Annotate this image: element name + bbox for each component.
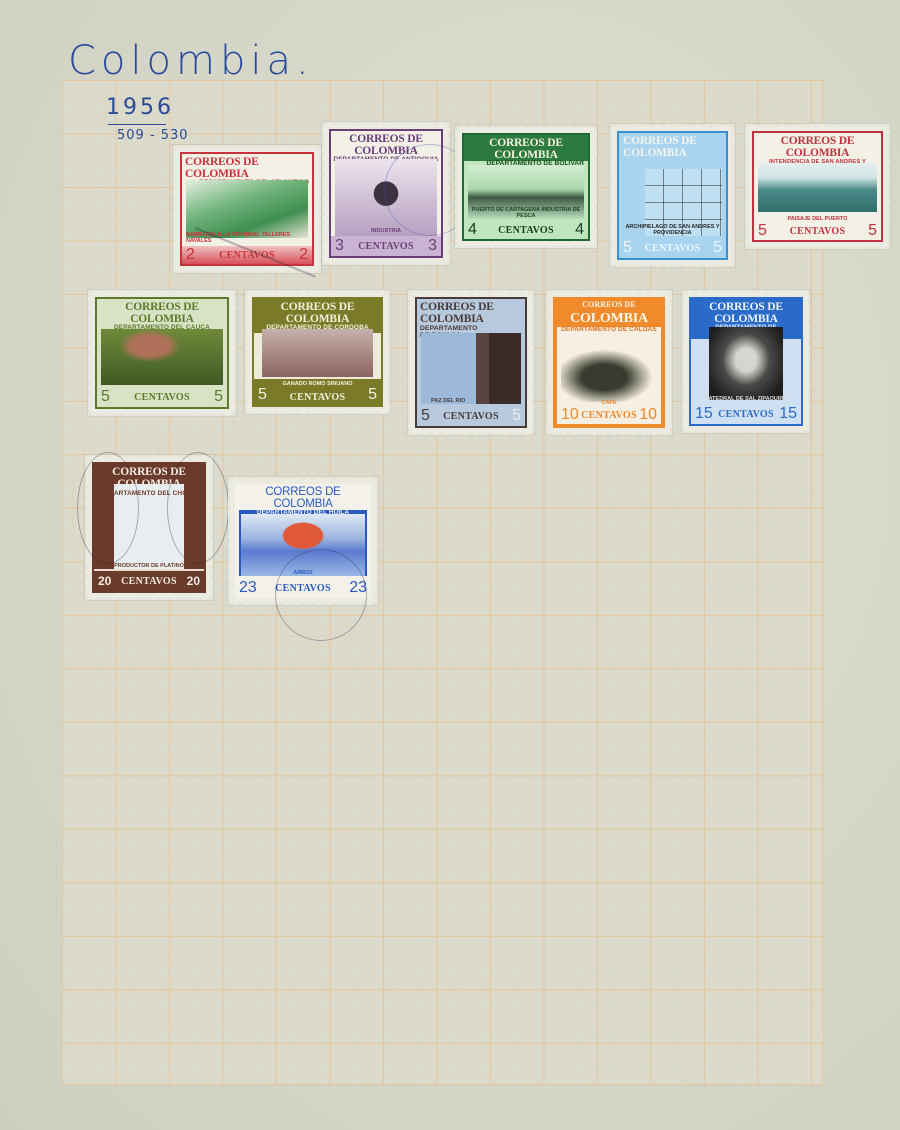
stamp-value: 3 — [335, 238, 344, 254]
stamp-caption: ARROZ — [235, 570, 371, 576]
stamp-bolivar[interactable]: CORREOS DE COLOMBIA DEPARTAMENTO DE BOLI… — [455, 126, 597, 248]
stamp-unit: CENTAVOS — [443, 411, 499, 422]
stamp-caption: GANADO ROMO SINUANO — [254, 381, 381, 387]
stamp-caption: ARCHIPIELAGO DE SAN ANDRES Y PROVIDENCIA — [619, 224, 726, 236]
stamp-cundinamarca[interactable]: CORREOS DE COLOMBIA DEPARTAMENTO DE CUND… — [682, 290, 810, 433]
stamp-title: COLOMBIA — [557, 310, 661, 327]
country-heading: Colombia. — [68, 38, 314, 84]
stamp-caption: BARRANQUILLA TERMINAL TALLERES NAVALES — [182, 232, 312, 244]
stamp-unit: CENTAVOS — [134, 392, 190, 403]
catalog-range: 509 - 530 — [117, 128, 189, 143]
stamp-value: 20 — [187, 575, 200, 587]
stamp-title: CORREOS DE COLOMBIA — [623, 133, 726, 159]
stamp-title: CORREOS DE COLOMBIA — [691, 299, 801, 325]
stamp-caption: PRODUCTOR DE PLATINO — [94, 563, 204, 569]
stamp-value: 15 — [779, 406, 797, 422]
stamp-value: 5 — [421, 408, 430, 424]
stamp-value: 5 — [758, 223, 767, 239]
stamp-atlantico[interactable]: CORREOS DE COLOMBIA DEPARTAMENTO DEL ATL… — [173, 145, 321, 273]
stamp-artwork — [421, 333, 521, 404]
stamp-value: 5 — [258, 387, 267, 403]
stamp-value: 5 — [868, 223, 877, 239]
stamp-artwork — [709, 327, 783, 400]
stamp-unit: CENTAVOS — [358, 241, 414, 252]
stamp-caption: INDUSTRIA — [331, 228, 441, 234]
stamp-title-prefix: CORREOS DE — [557, 301, 661, 310]
stamp-caldas[interactable]: CORREOS DE COLOMBIA DEPARTAMENTO DE CALD… — [546, 290, 672, 435]
stamp-unit: CENTAVOS — [718, 409, 774, 420]
stamp-boyaca[interactable]: CORREOS DE COLOMBIA DEPARTAMENTO DE BOYA… — [408, 290, 534, 435]
stamp-cordoba[interactable]: CORREOS DE COLOMBIA DEPARTAMENTO DE CORD… — [245, 290, 390, 414]
stamp-huila[interactable]: CORREOS DE COLOMBIA DEPARTAMENTO DEL HUI… — [228, 477, 378, 605]
stamp-unit: CENTAVOS — [275, 583, 331, 594]
stamp-value: 5 — [101, 389, 110, 405]
stamp-value: 10 — [639, 407, 657, 423]
stamp-artwork — [758, 163, 877, 212]
stamp-artwork — [262, 329, 373, 377]
stamp-value: 23 — [349, 580, 367, 596]
stamp-unit: CENTAVOS — [645, 243, 701, 254]
stamp-caption: PAZ DEL RIO — [417, 398, 525, 404]
stamp-artwork — [101, 329, 223, 385]
stamp-value: 20 — [98, 575, 111, 587]
stamp-value: 23 — [239, 580, 257, 596]
stamp-value: 15 — [695, 406, 713, 422]
stamp-value: 10 — [561, 407, 579, 423]
stamp-cauca[interactable]: CORREOS DE COLOMBIA DEPARTAMENTO DEL CAU… — [88, 290, 236, 416]
stamp-caption: CATEDRAL DE SAL ZIPAQUIRA — [691, 396, 801, 402]
stamp-value: 5 — [512, 408, 521, 424]
stamp-unit: CENTAVOS — [219, 250, 275, 261]
stamp-artwork — [335, 159, 437, 236]
stamp-value: 5 — [713, 240, 722, 256]
stamp-value: 2 — [186, 247, 195, 263]
stamp-title: CORREOS DE COLOMBIA — [235, 484, 371, 510]
stamp-unit: CENTAVOS — [290, 392, 346, 403]
stamp-value: 4 — [575, 222, 584, 238]
stamp-title: CORREOS DE COLOMBIA — [97, 299, 227, 325]
stamp-san-andres-map[interactable]: CORREOS DE COLOMBIA ARCHIPIELAGO DE SAN … — [610, 124, 735, 267]
stamp-antioquia[interactable]: CORREOS DE COLOMBIA DEPARTAMENTO DE ANTI… — [322, 122, 450, 265]
stamp-unit: CENTAVOS — [498, 225, 554, 236]
stamp-value: 3 — [428, 238, 437, 254]
stamp-value: 5 — [368, 387, 377, 403]
stamp-subtitle: DEPARTAMENTO DEL CHOCO — [94, 490, 204, 498]
stamp-unit: CENTAVOS — [790, 226, 846, 237]
stamp-title: CORREOS DE COLOMBIA — [185, 154, 312, 180]
stamp-choco[interactable]: CORREOS DE COLOMBIA DEPARTAMENTO DEL CHO… — [85, 455, 213, 600]
stamp-caption: PUERTO DE CARTAGENA INDUSTRIA DE PESCA — [464, 207, 588, 219]
stamp-value: 2 — [299, 247, 308, 263]
stamp-value: 4 — [468, 222, 477, 238]
stamp-title: CORREOS DE COLOMBIA — [754, 133, 881, 159]
stamp-title: CORREOS DE COLOMBIA — [331, 131, 441, 157]
stamp-title: CORREOS DE COLOMBIA — [464, 135, 588, 161]
stamp-artwork — [239, 514, 367, 576]
stamp-unit: CENTAVOS — [121, 576, 177, 587]
stamp-unit: CENTAVOS — [581, 410, 637, 421]
stamp-san-andres-port[interactable]: CORREOS DE COLOMBIA INTENDENCIA DE SAN A… — [745, 124, 890, 249]
year-underline — [108, 124, 166, 125]
stamp-subtitle: DEPARTAMENTO DE CALDAS — [557, 327, 661, 335]
stamp-title: CORREOS DE COLOMBIA — [254, 299, 381, 325]
stamp-value: 5 — [214, 389, 223, 405]
stamp-artwork — [561, 347, 657, 402]
year-label: 1956 — [106, 95, 174, 120]
stamp-value: 5 — [623, 240, 632, 256]
stamp-title: CORREOS DE COLOMBIA — [420, 299, 525, 325]
stamp-artwork — [186, 180, 308, 238]
